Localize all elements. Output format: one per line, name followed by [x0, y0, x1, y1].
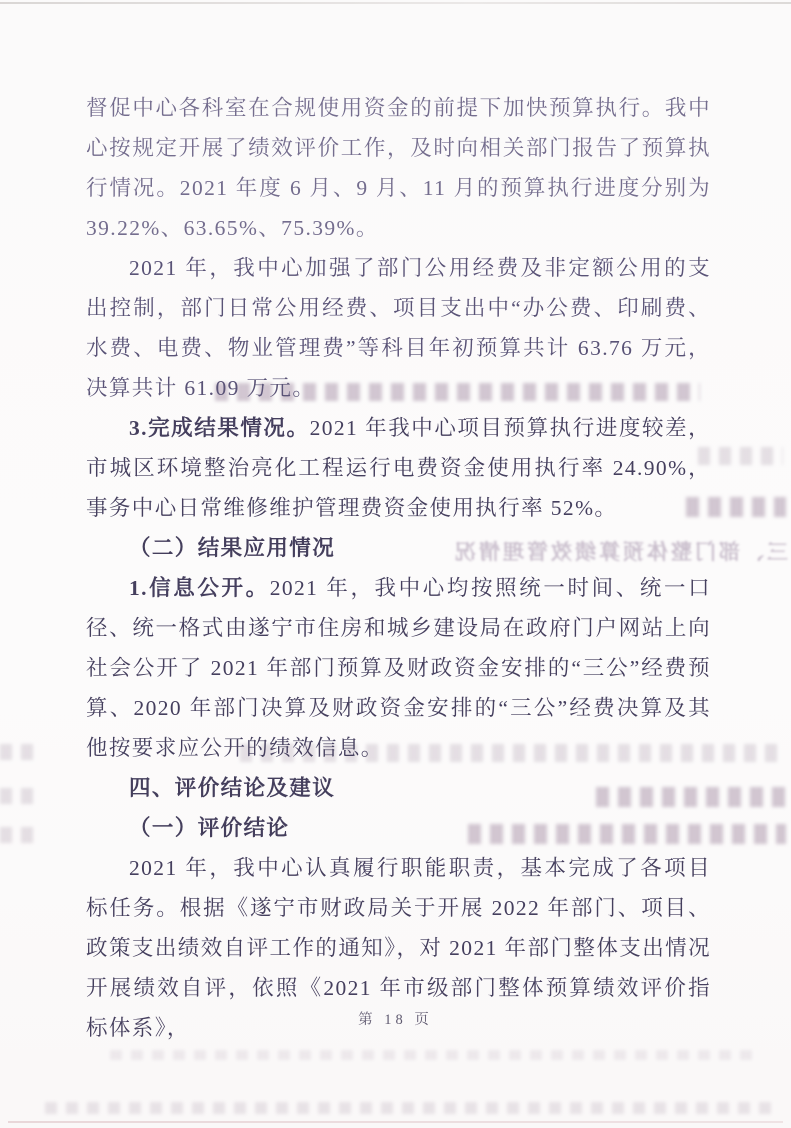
section-heading: （一）评价结论 [86, 808, 711, 848]
bleedthrough-smudge [0, 788, 38, 804]
bleedthrough-smudge [45, 1102, 775, 1114]
scan-edge-artifact [0, 2, 791, 4]
paragraph: 2021 年，我中心加强了部门公用经费及非定额公用的支出控制，部门日常公用经费、… [86, 248, 711, 408]
paragraph-lead: 1.信息公开。 [129, 576, 270, 600]
scanned-document-page: 三、部门整体预算绩效管理情况 督促中心各科室在合规使用资金的前提下加快预算执行。… [0, 0, 791, 1128]
paragraph-text: 2021 年，我中心均按照统一时间、统一口径、统一格式由遂宁市住房和城乡建设局在… [86, 576, 711, 760]
section-heading: （二）结果应用情况 [86, 528, 711, 568]
bleedthrough-smudge [110, 1050, 760, 1060]
page-number: 第 18 页 [0, 1008, 791, 1029]
paragraph: 1.信息公开。2021 年，我中心均按照统一时间、统一口径、统一格式由遂宁市住房… [86, 568, 711, 768]
paragraph-continuation: 督促中心各科室在合规使用资金的前提下加快预算执行。我中心按规定开展了绩效评价工作… [86, 88, 711, 248]
scan-edge-artifact [8, 1121, 783, 1123]
document-body: 督促中心各科室在合规使用资金的前提下加快预算执行。我中心按规定开展了绩效评价工作… [86, 88, 711, 1048]
bleedthrough-smudge [0, 827, 42, 843]
chapter-heading: 四、评价结论及建议 [86, 768, 711, 808]
bleedthrough-smudge [0, 744, 34, 760]
paragraph-lead: 3.完成结果情况。 [129, 416, 310, 440]
paragraph: 3.完成结果情况。2021 年我中心项目预算执行进度较差，市城区环境整治亮化工程… [86, 408, 711, 528]
